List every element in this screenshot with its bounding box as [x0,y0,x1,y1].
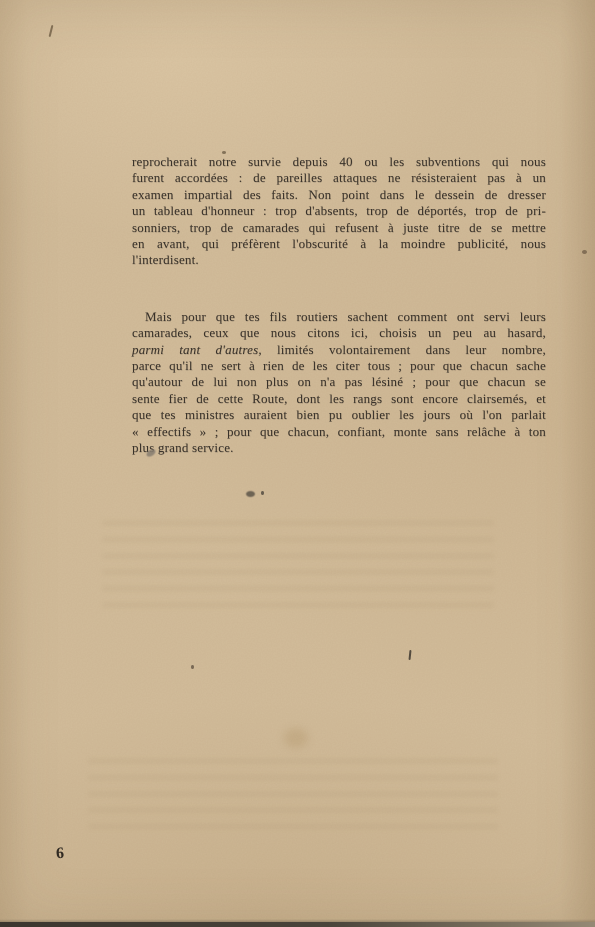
text-segment: examen impartial des faits. Non point da… [132,187,546,202]
text-line: reprocherait notre survie depuis 40 ou l… [132,154,546,170]
text-line: camarades, ceux que nous citons ici, cho… [132,325,546,341]
ink-speck-right [582,250,587,254]
text-segment: l'interdisent. [132,252,199,267]
verso-bleed-through-lower [88,758,498,834]
text-segment: camarades, ceux que nous citons ici, cho… [132,325,546,340]
paragraph: Mais pour que tes fils routiers sachent … [132,309,546,457]
text-line: un tableau d'honneur : trop d'absents, t… [132,203,546,219]
text-line: plus grand service. [132,440,546,456]
text-segment: limités volontairement dans leur nombre, [262,342,546,357]
ink-tick-mark [408,650,411,660]
paper-fiber-mark [49,25,54,37]
text-segment: sonniers, trop de camarades qui refusent… [132,220,546,235]
verso-bleed-through-upper [102,520,494,616]
text-segment: sente fier de cette Route, dont les rang… [132,391,546,406]
text-segment: un tableau d'honneur : trop d'absents, t… [132,203,546,218]
scanned-book-page: reprocherait notre survie depuis 40 ou l… [0,0,595,927]
ink-speck-mid [191,665,194,669]
text-line: « effectifs » ; pour que chacun, confian… [132,424,546,440]
text-segment: que tes ministres auraient bien pu oubli… [132,407,546,422]
text-line: sonniers, trop de camarades qui refusent… [132,220,546,236]
text-segment: « effectifs » ; pour que chacun, confian… [132,424,546,439]
text-line: l'interdisent. [132,252,546,268]
text-line: qu'autour de lui non plus on n'a pas lés… [132,374,546,390]
scan-bottom-edge-shadow [0,922,595,927]
text-line: que tes ministres auraient bien pu oubli… [132,407,546,423]
text-segment: en avant, qui préfèrent l'obscurité à la… [132,236,546,251]
text-segment: Mais pour que tes fils routiers sachent … [145,309,546,324]
text-line: Mais pour que tes fils routiers sachent … [132,309,546,325]
italic-text-segment: parmi tant d'autres, [132,342,262,357]
text-segment: furent accordées : de pareilles attaques… [132,170,546,185]
ink-smudge-dot [261,491,264,495]
text-line: parmi tant d'autres, limités volontairem… [132,342,546,358]
ink-smudge [246,491,255,497]
text-segment: parce qu'il ne sert à rien de les citer … [132,358,546,373]
paragraph: reprocherait notre survie depuis 40 ou l… [132,154,546,269]
text-segment: reprocherait notre survie depuis 40 ou l… [132,154,546,169]
ink-speck-top [222,151,226,154]
text-line: en avant, qui préfèrent l'obscurité à la… [132,236,546,252]
text-line: furent accordées : de pareilles attaques… [132,170,546,186]
page-number: 6 [56,845,65,863]
text-segment: qu'autour de lui non plus on n'a pas lés… [132,374,546,389]
text-line: examen impartial des faits. Non point da… [132,187,546,203]
text-line: sente fier de cette Route, dont les rang… [132,391,546,407]
body-text: reprocherait notre survie depuis 40 ou l… [132,154,546,457]
paper-stain [284,728,308,748]
text-line: parce qu'il ne sert à rien de les citer … [132,358,546,374]
